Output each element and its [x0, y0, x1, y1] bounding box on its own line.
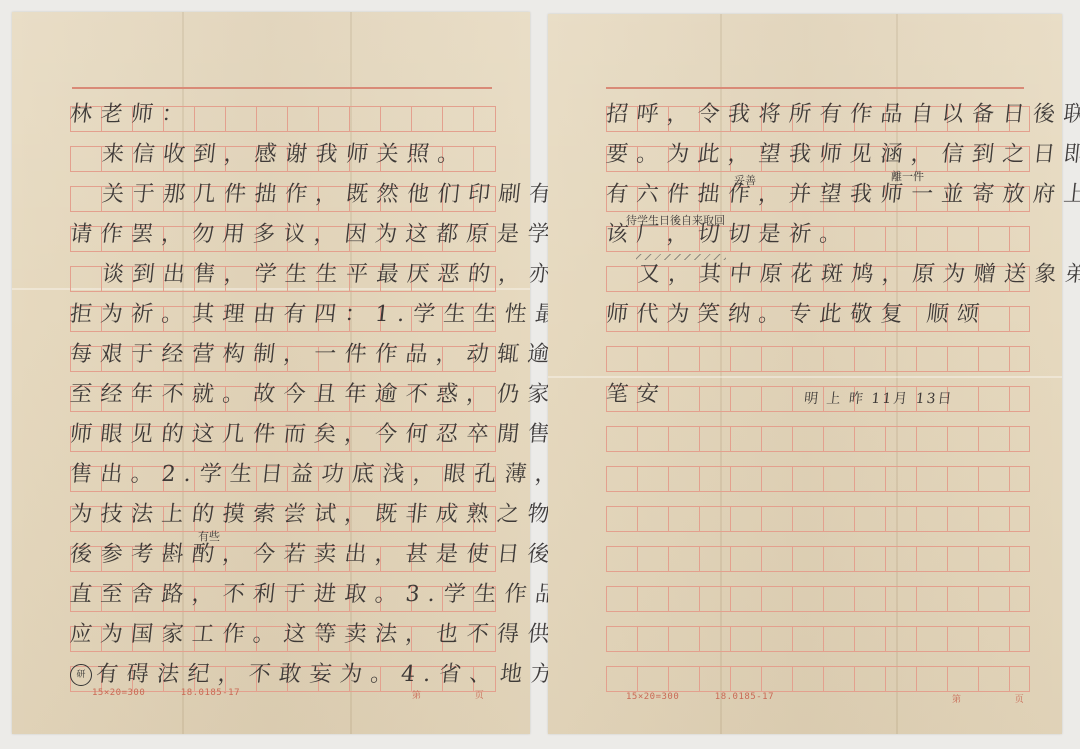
grid-row	[606, 546, 1030, 572]
letter-line: 至经年不就。故今且年逾不惑，仍家所有，不过我	[68, 380, 497, 410]
letter-line: 又，其中原花斑鸠，原为赠送象弟者，还望我	[636, 260, 1031, 290]
grid-row	[606, 506, 1030, 532]
paper-code: 18.0185-17	[715, 692, 774, 702]
insertion-note: 待学生日後自来取回	[626, 212, 725, 228]
letter-line: 售出。2.学生日益功底浅，眼孔薄，至昔有作，都	[68, 460, 497, 490]
letter-line: 为技法上的摸索尝试，既非成熟之物，又有赖于回	[68, 500, 497, 530]
letter-line: 请作罢，勿用多议，因为这都原是学生意料中事。	[68, 220, 497, 250]
top-rule-line	[606, 87, 1024, 89]
letter-line: 关于那几件拙作，既然他们印刷有困难，便	[100, 180, 497, 210]
grid-spec: 15×20=300	[626, 692, 679, 702]
letter-line: 应为国家工作。这等卖法，也不得供国家收藏，出版，	[68, 620, 497, 650]
letter-line: 师眼见的这几件而矣，今何忍卒閒售出，亦何必	[68, 420, 497, 450]
letter-line: 每艰于经营构制，一件作品，动辄逾月逾季，甚	[68, 340, 497, 370]
grid-row	[606, 346, 1030, 372]
letter-line: 谈到出售，学生生平最厌恶的，亦请我师挽	[100, 260, 497, 290]
grid-spec: 15×20=300	[92, 688, 145, 698]
insertion-note: 妥善	[734, 172, 756, 188]
signature-date: 明 上 昨 11月 13日	[802, 384, 1031, 414]
insertion-note: 有些	[198, 528, 220, 544]
letter-line: 後参考斟酌，今若卖出，甚是使日後创作又失依凭	[68, 540, 497, 570]
salutation: 林老师：	[68, 100, 497, 130]
letter-page-right: 招呼，令我将所有作品自以备日後联展，印刷各项需 要。为此，望我师见涵，信到之日即…	[548, 14, 1062, 734]
letter-line: 有碍法纪，不敢妄为。4.省、地方曾已多次打过	[94, 660, 497, 690]
letter-line: 有六件拙作，并望我师一並寄放府上，万勿置于	[604, 180, 1031, 210]
letter-line: 招呼，令我将所有作品自以备日後联展，印刷各项需	[604, 100, 1031, 130]
manuscript-grid: 林老师： 来信收到，感谢我师关照。 关于那几件拙作，既然他们印刷有困难，便 请作…	[70, 106, 496, 706]
wavy-underline	[636, 254, 726, 260]
grid-row	[606, 586, 1030, 612]
page-number-label: 第 页	[412, 688, 484, 701]
top-rule-line	[72, 87, 492, 89]
manuscript-grid: 招呼，令我将所有作品自以备日後联展，印刷各项需 要。为此，望我师见涵，信到之日即…	[606, 106, 1030, 706]
grid-row	[606, 466, 1030, 492]
letter-page-left: 林老师： 来信收到，感谢我师关照。 关于那几件拙作，既然他们印刷有困难，便 请作…	[12, 12, 530, 734]
letter-line: 师代为笑纳。专此敬复 顺颂	[604, 300, 1031, 330]
letter-line: 要。为此，望我师见涵，信到之日即请转告该厂，所	[604, 140, 1031, 170]
grid-row	[606, 426, 1030, 452]
grid-row	[606, 626, 1030, 652]
letter-line: 拒为祈。其理由有四：1.学生生性最是鲁钝不敏	[68, 300, 497, 330]
grid-row	[606, 666, 1030, 692]
letter-line: 直至舍路，不利于进取。3.学生作品，除为国家工艺，理	[68, 580, 497, 610]
page-number-label: 第 页	[952, 692, 1024, 705]
circled-mark-icon: 研	[70, 664, 92, 686]
letter-line: 来信收到，感谢我师关照。	[100, 140, 497, 170]
paper-footer-spec: 15×20=300 18.0185-17	[626, 692, 774, 702]
paper-footer-spec: 15×20=300 18.0185-17	[92, 688, 240, 698]
paper-code: 18.0185-17	[181, 688, 240, 698]
insertion-note: 離一件	[891, 168, 924, 184]
